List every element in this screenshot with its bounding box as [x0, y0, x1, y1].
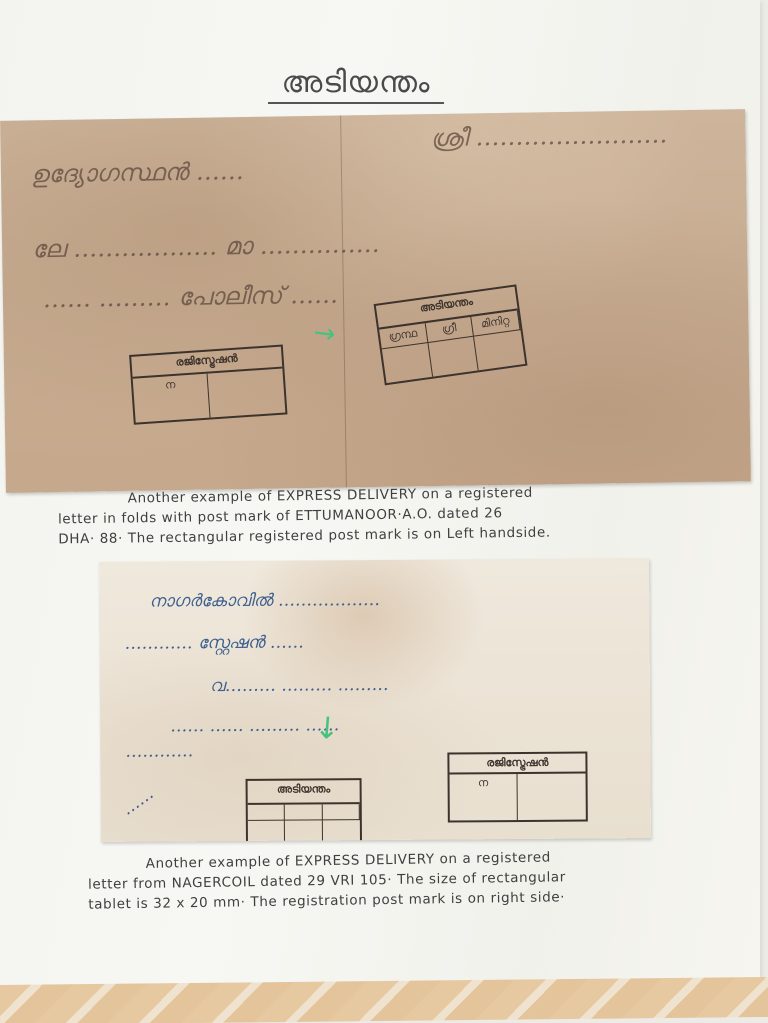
- stamp-header: രജിസ്ട്രേഷൻ: [449, 754, 585, 775]
- stamp-value: [382, 343, 433, 383]
- cover-2: നാഗർകോവിൽ ……………… ………… സ്റ്റേഷൻ …… വ……… ……: [99, 558, 651, 842]
- handwriting-line: …………: [125, 741, 193, 761]
- handwriting-line: ശ്രീ ……………………: [430, 120, 667, 152]
- handwriting-line: വ……… ……… ………: [210, 675, 389, 696]
- background-surface: [0, 977, 768, 1023]
- handwriting-line: …… ……… പോലീസ് ……: [43, 281, 338, 314]
- handwriting-line: ഉദ്യോഗസ്ഥൻ ……: [31, 157, 244, 188]
- album-sheet: അടിയന്തം ഉദ്യോഗസ്ഥൻ …… ശ്രീ …………………… ലേ …: [0, 0, 760, 985]
- stamp-header: അടിയന്തം: [248, 780, 360, 805]
- stamp-value: [474, 330, 525, 370]
- stamp-column: ന: [133, 374, 211, 423]
- stamp-value: [248, 821, 285, 842]
- registered-stamp: രജിസ്ട്രേഷൻ ന: [129, 344, 287, 424]
- stamp-value: [285, 820, 322, 842]
- stamp-value: [322, 820, 359, 842]
- handwriting-line: നാഗർകോവിൽ ………………: [149, 590, 380, 612]
- cover-1: ഉദ്യോഗസ്ഥൻ …… ശ്രീ …………………… ലേ ……………… മാ…: [0, 109, 751, 493]
- express-delivery-stamp: അടിയന്തം ഗ്രന്ഥ ഗ്രീ മിനിറ്റ: [374, 284, 528, 385]
- stamp-column: [248, 805, 285, 821]
- express-delivery-stamp: അടിയന്തം: [246, 778, 362, 842]
- green-arrow-icon: →: [312, 320, 337, 348]
- green-arrow-icon: →: [311, 714, 343, 741]
- stamp-column: [518, 774, 586, 820]
- caption-cover-2: Another example of EXPRESS DELIVERY on a…: [88, 847, 567, 914]
- handwriting-line: ലേ ……………… മാ ……………: [32, 230, 380, 263]
- stamp-column: [285, 804, 322, 820]
- stamp-column: [208, 369, 286, 418]
- handwriting-line: ………… സ്റ്റേഷൻ ……: [125, 632, 304, 653]
- registered-stamp: രജിസ്ട്രേഷൻ ന: [447, 752, 587, 823]
- stamp-column: ന: [450, 774, 518, 820]
- fold-line: [340, 116, 347, 488]
- stamp-value: [428, 337, 479, 377]
- page-title: അടിയന്തം: [268, 66, 444, 104]
- caption-cover-1: Another example of EXPRESS DELIVERY on a…: [58, 483, 551, 550]
- handwriting-line: ……: [118, 784, 157, 820]
- stamp-column: [322, 804, 359, 820]
